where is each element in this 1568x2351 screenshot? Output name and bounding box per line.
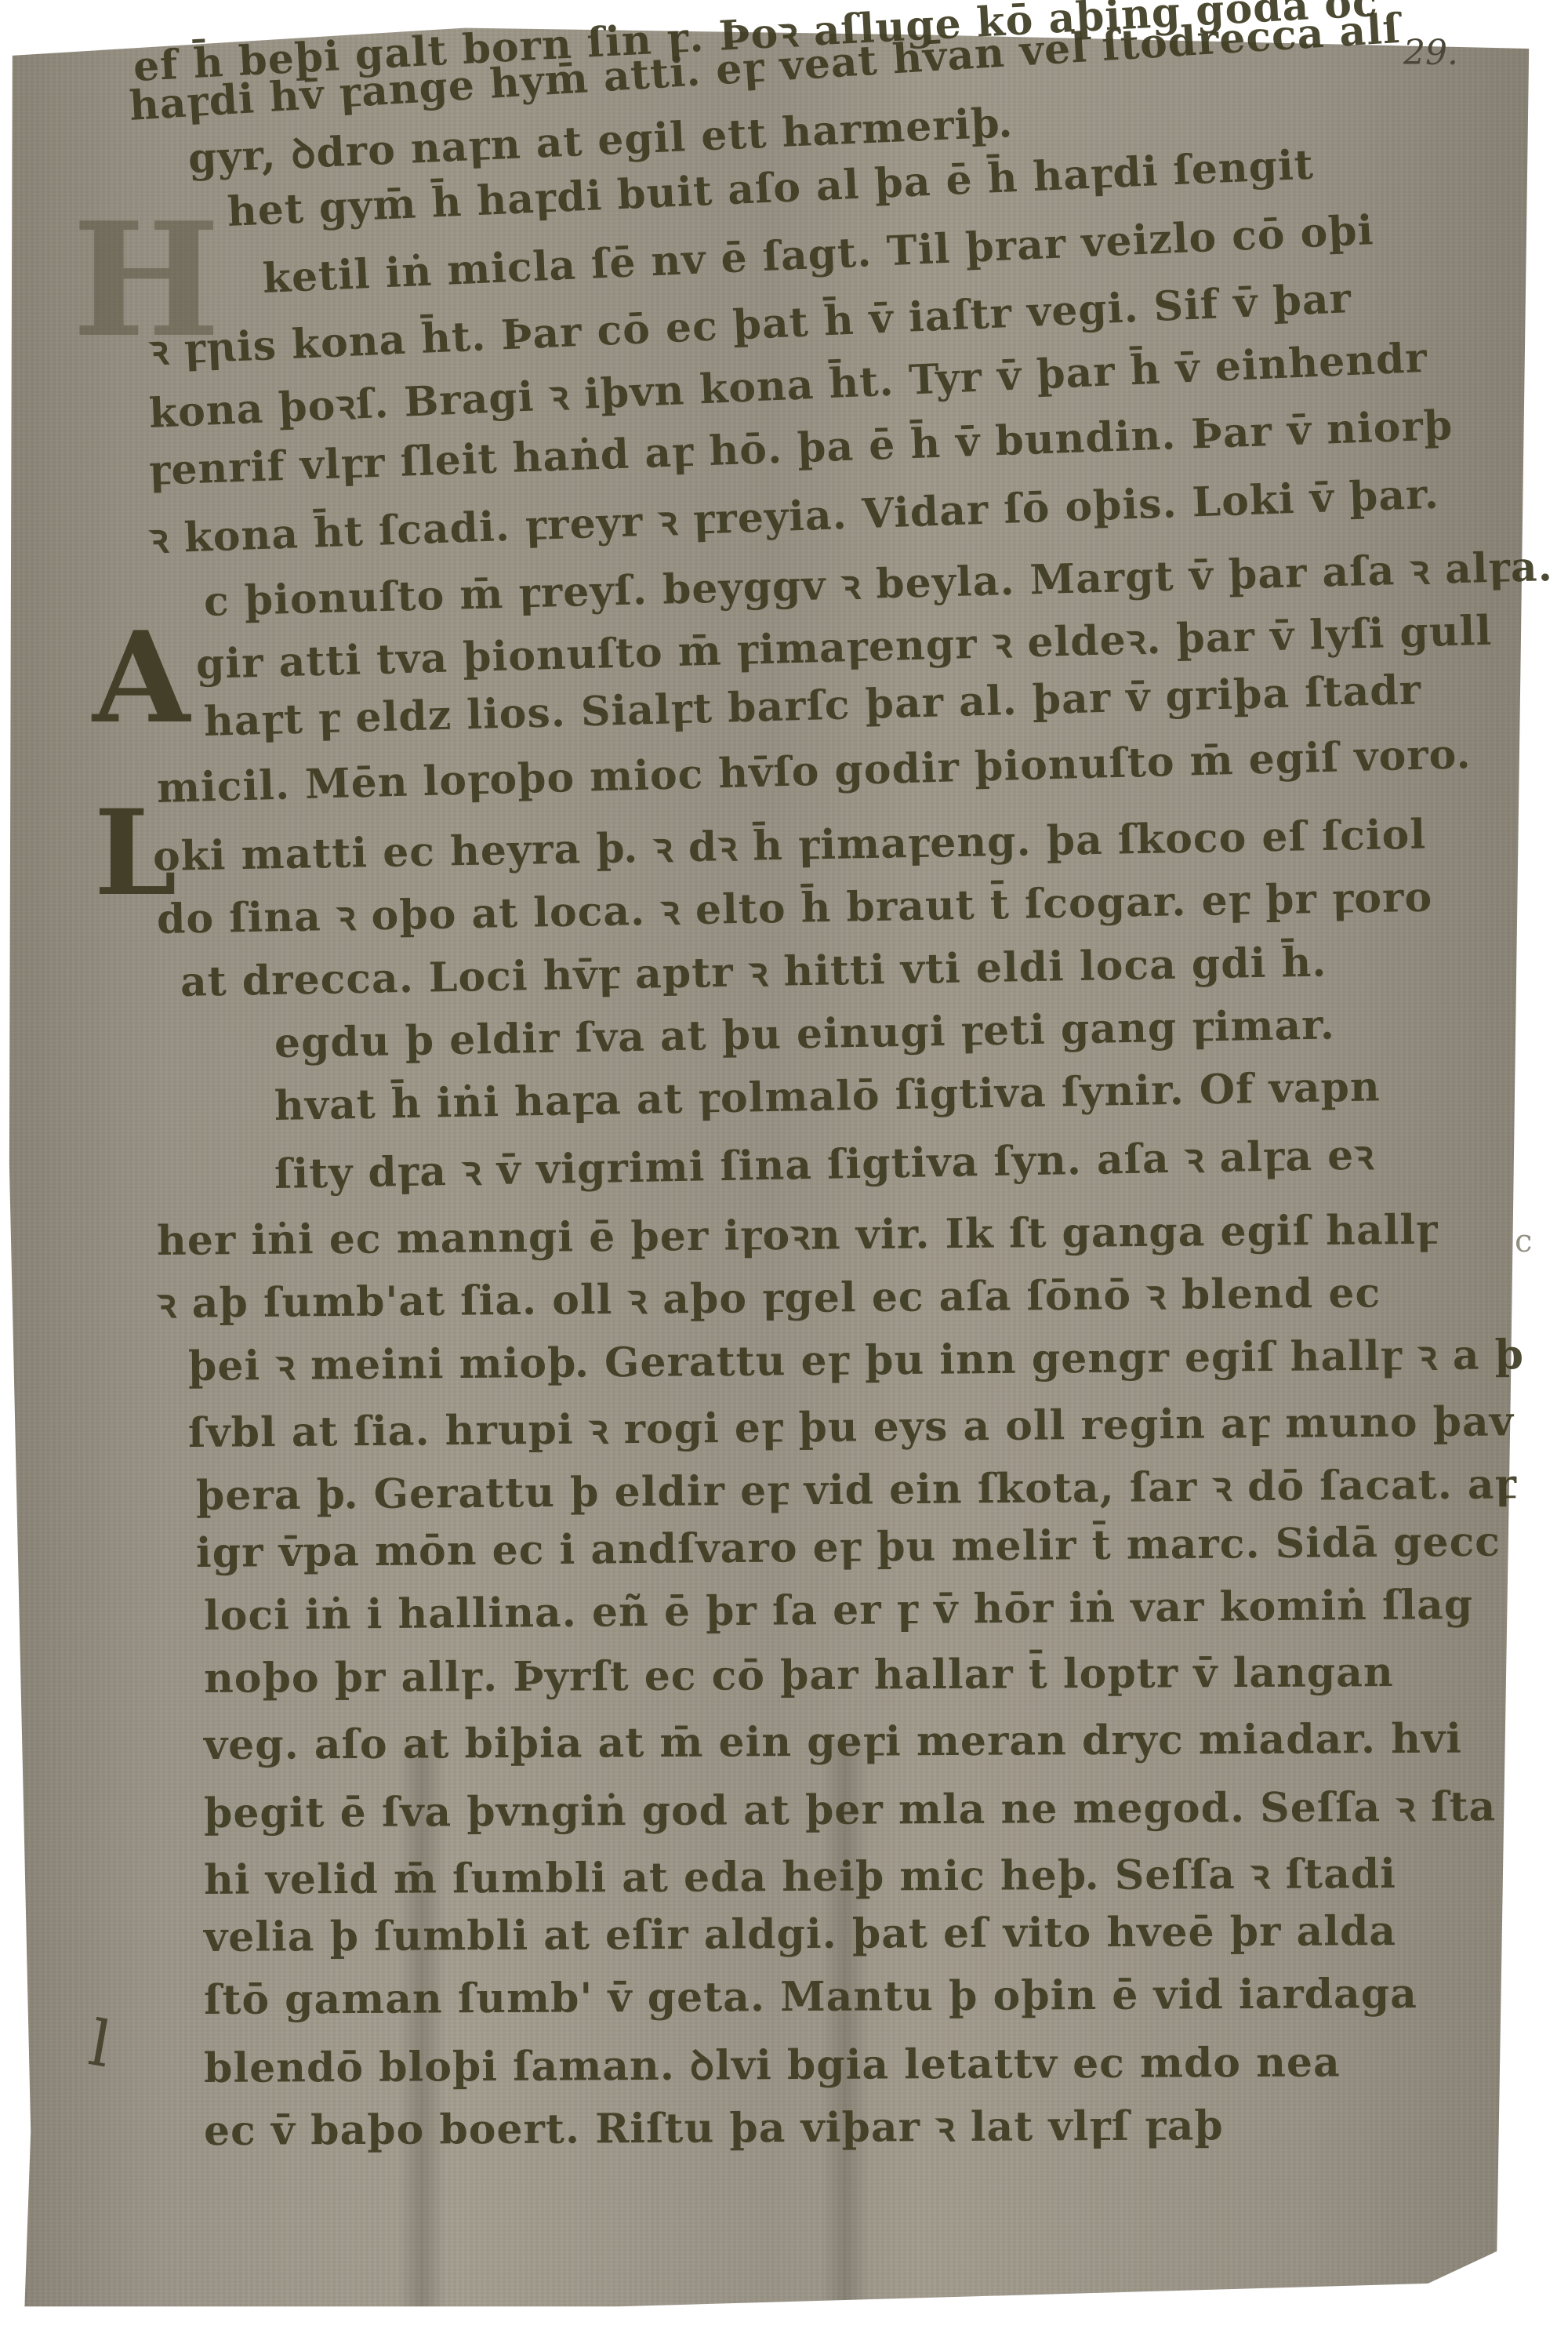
manuscript-line: þegit ē ſva þvngiṅ god at þer mla ne meg… <box>204 1777 1497 1840</box>
manuscript-line: veg. aſo at biþia at m̄ ein geꝼi meran d… <box>204 1715 1462 1769</box>
folio-number: 29. <box>1403 33 1458 73</box>
manuscript-line: ſtō gaman ſumb' v̄ geta. Mantu þ oþin ē … <box>204 1970 1417 2024</box>
manuscript-line: hi velid m̄ ſumbli at eda heiþ mic heþ. … <box>204 1844 1396 1906</box>
manuscript-line: ec v̄ baþo boert. Riſtu þa viþar ꝛ lat v… <box>204 2096 1224 2157</box>
ornate-initial-letter: A <box>93 604 190 751</box>
manuscript-line: velia þ ſumbli at eſir aldgi. þat eſ vit… <box>204 1907 1396 1961</box>
manuscript-line: þei ꝛ meini mioþ. Gerattu eꝼ þu inn geng… <box>188 1325 1525 1393</box>
manuscript-line: þera þ. Gerattu þ eldir eꝼ vid ein ſkota… <box>196 1455 1518 1522</box>
manuscript-line: blendō bloþi ſaman. ꝺlvi bgia letattv ec… <box>204 2033 1341 2095</box>
margin-mark: c <box>1515 1223 1532 1259</box>
manuscript-line: noþo þr allꝼ. Þyrſt ec cō þar hallar t̄ … <box>204 1648 1394 1702</box>
manuscript-line: ſvbl at ſia. hrupi ꝛ rogi eꝼ þu eys a ol… <box>188 1392 1514 1459</box>
manuscript-line: ꝛ aþ ſumb'at ſia. oll ꝛ aþo ꝼgel ec aſa … <box>157 1263 1381 1330</box>
manuscript-line: her iṅi ec manngi ē þer iꝼoꝛn vir. Ik ſt… <box>157 1201 1439 1267</box>
